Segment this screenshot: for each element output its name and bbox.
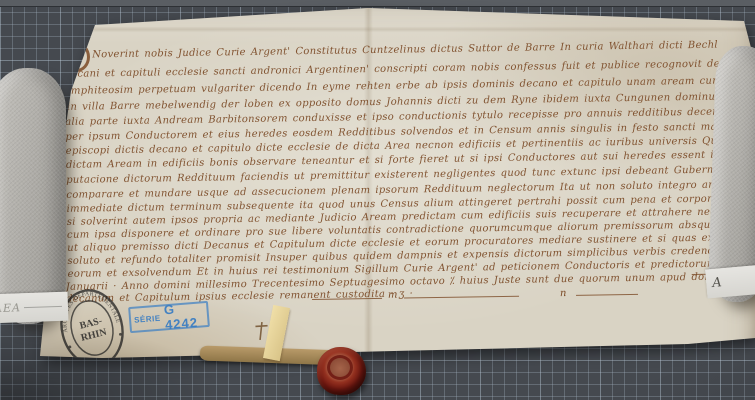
wax-seal — [317, 347, 366, 395]
right-weight-band: A — [705, 264, 755, 298]
series-accession-stamp: SÉRIE G 4242 — [128, 301, 210, 333]
left-weight-band: AEA — [0, 292, 68, 324]
n-flourish: n — [560, 288, 567, 299]
fabric-texture — [708, 45, 755, 303]
left-fabric-weight: AEA — [0, 68, 66, 324]
parchment-charter: Noverint nobis Judice Curie Argent' Cons… — [0, 0, 755, 400]
right-fabric-weight: A — [708, 45, 755, 303]
parchment-wrapper: Noverint nobis Judice Curie Argent' Cons… — [0, 0, 755, 400]
wax-seal-center — [327, 355, 353, 380]
m-flourish: m — [388, 290, 398, 301]
closing-flourish — [576, 294, 638, 296]
series-code: G 4242 — [163, 299, 205, 332]
label-rule — [24, 306, 62, 308]
right-weight-label: A — [706, 275, 724, 291]
fabric-texture — [0, 68, 66, 324]
photograph: Noverint nobis Judice Curie Argent' Cons… — [0, 0, 755, 400]
series-word: SÉRIE — [134, 313, 161, 324]
left-weight-label: AEA — [0, 301, 21, 315]
manuscript-text-block: Noverint nobis Judice Curie Argent' Cons… — [58, 31, 722, 311]
